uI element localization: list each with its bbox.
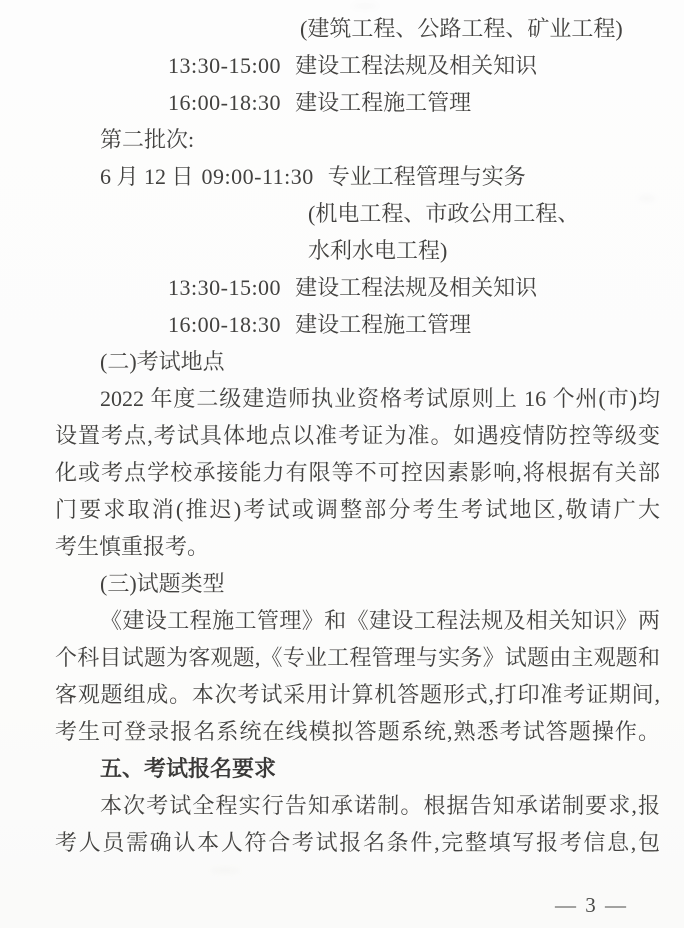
exam-date: 6 月 12 日 — [100, 164, 194, 189]
exam-time: 09:00-11:30 — [202, 164, 314, 189]
paragraph-line: 《建设工程施工管理》和《建设工程法规及相关知识》两 — [55, 602, 660, 639]
scan-smudge — [210, 868, 240, 873]
schedule-row: 13:30-15:00建设工程法规及相关知识 — [55, 47, 660, 84]
exam-time: 13:30-15:00 — [168, 275, 281, 300]
batch2-majors-note-line2: 水利水电工程) — [55, 232, 660, 269]
paragraph-line: 考生慎重报考。 — [55, 528, 660, 565]
document-body: (建筑工程、公路工程、矿业工程) 13:30-15:00建设工程法规及相关知识 … — [0, 0, 684, 861]
section-registration-heading: 五、考试报名要求 — [55, 750, 660, 787]
paragraph-line: 考生可登录报名系统在线模拟答题系统,熟悉考试答题操作。 — [55, 713, 660, 750]
schedule-row-batch2-practice: 6 月 12 日09:00-11:30专业工程管理与实务 — [55, 158, 660, 195]
paragraph-line: 门要求取消(推迟)考试或调整部分考生考试地区,敬请广大 — [55, 491, 660, 528]
section-location-heading: (二)考试地点 — [55, 343, 660, 380]
paragraph-line: 设置考点,考试具体地点以准考证为准。如遇疫情防控等级变 — [55, 417, 660, 454]
exam-subject: 建设工程施工管理 — [295, 90, 471, 115]
section-question-types-heading: (三)试题类型 — [55, 565, 660, 602]
paragraph-line: 考人员需确认本人符合考试报名条件,完整填写报考信息,包 — [55, 824, 660, 861]
schedule-row: 16:00-18:30建设工程施工管理 — [55, 306, 660, 343]
exam-time: 16:00-18:30 — [168, 312, 281, 337]
exam-subject: 建设工程法规及相关知识 — [295, 53, 537, 78]
exam-time: 16:00-18:30 — [168, 90, 281, 115]
paragraph-line: 化或考点学校承接能力有限等不可控因素影响,将根据有关部 — [55, 454, 660, 491]
batch2-majors-note-line1: (机电工程、市政公用工程、 — [55, 195, 660, 232]
schedule-row: 13:30-15:00建设工程法规及相关知识 — [55, 269, 660, 306]
paragraph-line: 2022 年度二级建造师执业资格考试原则上 16 个州(市)均 — [55, 380, 660, 417]
schedule-row: 16:00-18:30建设工程施工管理 — [55, 84, 660, 121]
scanned-document-page: (建筑工程、公路工程、矿业工程) 13:30-15:00建设工程法规及相关知识 … — [0, 0, 684, 928]
page-number: — 3 — — [555, 890, 628, 920]
paragraph-line: 客观题组成。本次考试采用计算机答题形式,打印准考证期间, — [55, 676, 660, 713]
exam-subject: 建设工程法规及相关知识 — [295, 275, 537, 300]
paragraph-line: 个科目试题为客观题,《专业工程管理与实务》试题由主观题和 — [55, 639, 660, 676]
paragraph-line: 本次考试全程实行告知承诺制。根据告知承诺制要求,报 — [55, 787, 660, 824]
exam-subject: 专业工程管理与实务 — [328, 164, 526, 189]
batch2-label: 第二批次: — [55, 121, 660, 158]
batch1-majors-note: (建筑工程、公路工程、矿业工程) — [55, 10, 660, 47]
exam-time: 13:30-15:00 — [168, 53, 281, 78]
exam-subject: 建设工程施工管理 — [295, 312, 471, 337]
